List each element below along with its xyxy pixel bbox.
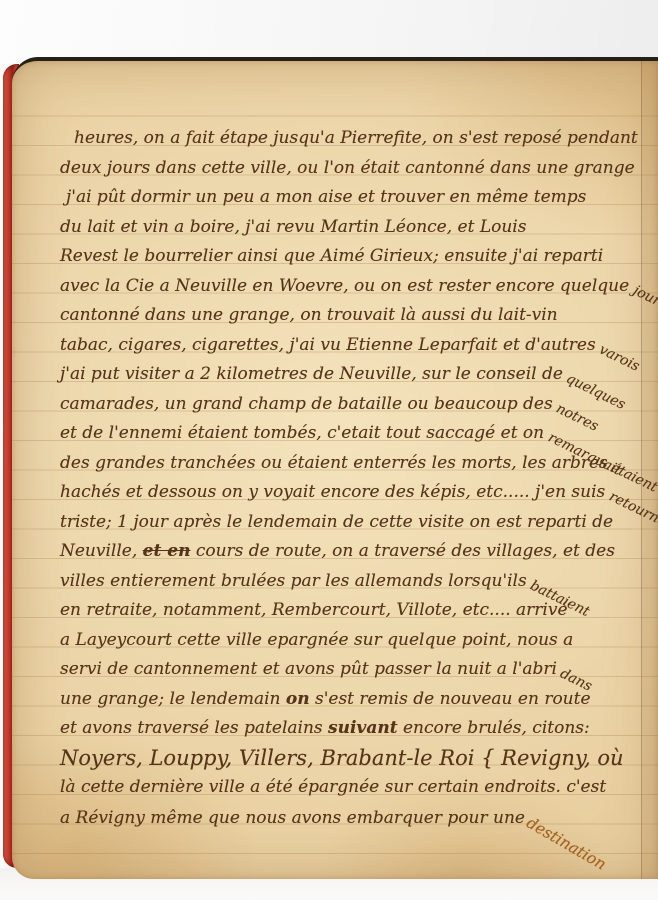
- manuscript-line: heures, on a fait étape jusqu'a Pierrefi…: [60, 124, 656, 154]
- manuscript-text-segment: servi de cantonnement et avons pût passe…: [60, 659, 562, 679]
- manuscript-line: j'ai pût dormir un peu a mon aise et tro…: [60, 183, 656, 213]
- notebook-page: heures, on a fait étape jusqu'a Pierrefi…: [12, 57, 658, 879]
- manuscript-text-segment: a Layeycourt cette ville epargnée sur qu…: [60, 630, 573, 650]
- manuscript-text-segment: en retraite, notamment, Rembercourt, Vil…: [60, 600, 568, 620]
- manuscript-line: Noyers, Louppy, Villers, Brabant-le Roi …: [60, 744, 656, 774]
- manuscript-line: et avons traversé les patelains suivant …: [60, 714, 656, 744]
- manuscript-text-segment: cours de route, on a traversé des villag…: [190, 541, 614, 561]
- manuscript-text-segment: deux jours dans cette ville, ou l'on éta…: [60, 158, 635, 178]
- manuscript-text-segment: hachés et dessous on y voyait encore des…: [60, 482, 611, 502]
- manuscript-text-segment: Revest le bourrelier ainsi que Aimé Giri…: [60, 246, 603, 266]
- manuscript-word-strike: et en: [143, 541, 191, 561]
- manuscript-text-segment: s'est remis de nouveau en route: [310, 689, 591, 709]
- manuscript-text-segment: là cette dernière ville a été épargnée s…: [60, 777, 606, 797]
- manuscript-line: j'ai put visiter a 2 kilometres de Neuvi…: [60, 360, 656, 390]
- manuscript-line: Revest le bourrelier ainsi que Aimé Giri…: [60, 242, 656, 272]
- manuscript-text: heures, on a fait étape jusqu'a Pierrefi…: [60, 124, 656, 832]
- manuscript-text-segment: et avons traversé les patelains: [60, 718, 328, 738]
- manuscript-text-segment: a Révigny même que nous avons embarquer …: [60, 808, 530, 828]
- manuscript-text-segment: villes entierement brulées par les allem…: [60, 571, 532, 591]
- manuscript-text-segment: j'ai pût dormir un peu a mon aise et tro…: [66, 187, 586, 207]
- manuscript-line: tabac, cigares, cigarettes, j'ai vu Etie…: [60, 331, 656, 361]
- manuscript-text-segment: triste; 1 jour après le lendemain de cet…: [60, 512, 613, 532]
- manuscript-word-fade-tail: destination: [521, 808, 613, 878]
- manuscript-line: là cette dernière ville a été épargnée s…: [60, 773, 656, 803]
- manuscript-text-segment: des grandes tranchées ou étaient enterré…: [60, 453, 613, 473]
- manuscript-line: Neuville, et en cours de route, on a tra…: [60, 537, 656, 567]
- manuscript-line: deux jours dans cette ville, ou l'on éta…: [60, 154, 656, 184]
- manuscript-line: avec la Cie a Neuville en Woevre, ou on …: [60, 272, 656, 302]
- manuscript-text-segment: Noyers, Louppy, Villers, Brabant-le Roi …: [60, 746, 624, 770]
- manuscript-text-segment: et de l'ennemi étaient tombés, c'etait t…: [60, 423, 550, 443]
- manuscript-line: villes entierement brulées par les allem…: [60, 567, 656, 597]
- manuscript-text-segment: une grange; le lendemain: [60, 689, 286, 709]
- manuscript-text-segment: encore brulés, citons:: [398, 718, 590, 738]
- manuscript-text-segment: camarades, un grand champ de bataille ou…: [60, 394, 558, 414]
- manuscript-text-segment: j'ai put visiter a 2 kilometres de Neuvi…: [60, 364, 568, 384]
- manuscript-text-segment: du lait et vin a boire, j'ai revu Martin…: [60, 217, 526, 237]
- manuscript-line: a Révigny même que nous avons embarquer …: [60, 803, 656, 833]
- manuscript-line: hachés et dessous on y voyait encore des…: [60, 478, 656, 508]
- manuscript-line: servi de cantonnement et avons pût passe…: [60, 655, 656, 685]
- manuscript-text-segment: Neuville,: [60, 541, 143, 561]
- manuscript-line: triste; 1 jour après le lendemain de cet…: [60, 508, 656, 538]
- manuscript-word-bold: on: [286, 689, 310, 709]
- manuscript-line: du lait et vin a boire, j'ai revu Martin…: [60, 213, 656, 243]
- manuscript-text-segment: avec la Cie a Neuville en Woevre, ou on …: [60, 276, 635, 296]
- manuscript-word-bold: suivant: [328, 718, 398, 738]
- manuscript-line: cantonné dans une grange, on trouvait là…: [60, 301, 656, 331]
- manuscript-text-segment: cantonné dans une grange, on trouvait là…: [60, 305, 558, 325]
- manuscript-text-segment: tabac, cigares, cigarettes, j'ai vu Etie…: [60, 335, 601, 355]
- manuscript-line: a Layeycourt cette ville epargnée sur qu…: [60, 626, 656, 656]
- manuscript-text-segment: heures, on a fait étape jusqu'a Pierrefi…: [74, 128, 638, 148]
